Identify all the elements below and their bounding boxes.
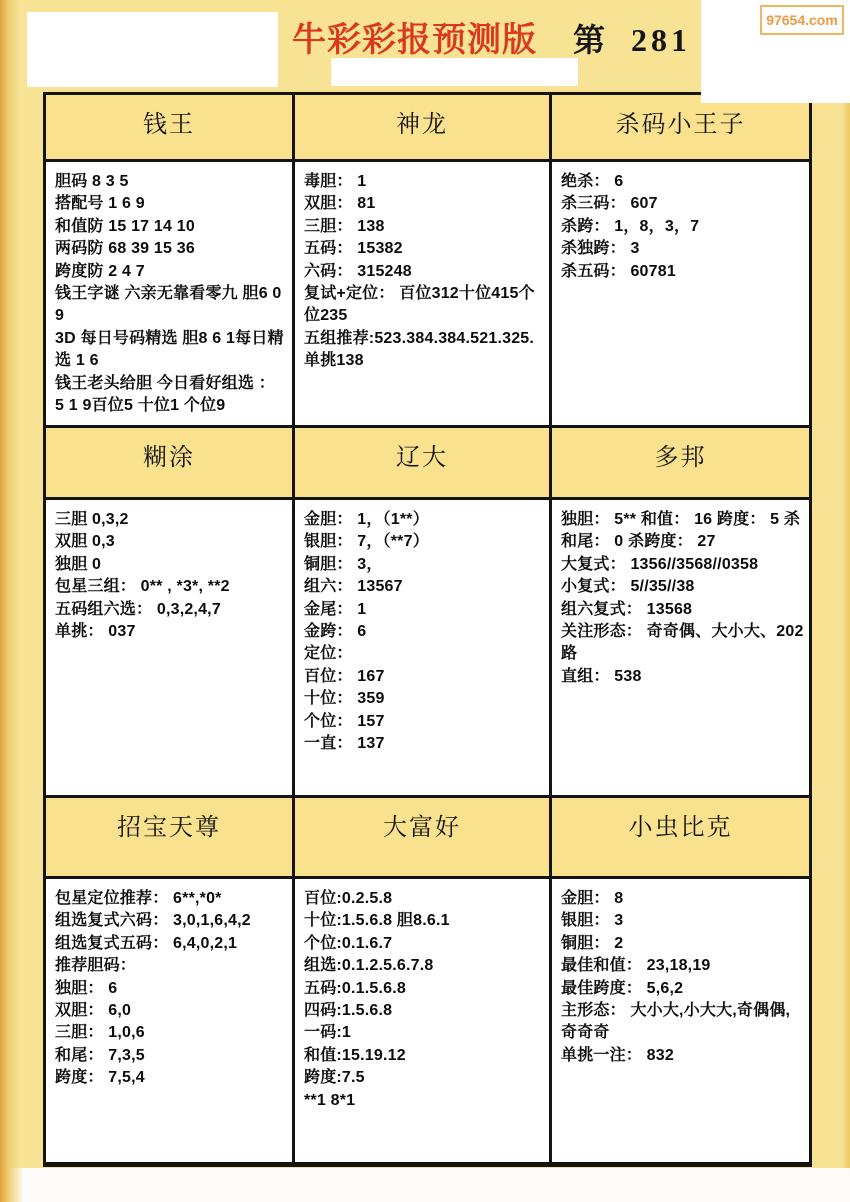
- prediction-line: 双胆： 6,0: [55, 1000, 288, 1022]
- predictor-cell-dafuhao: 大富好 百位:0.2.5.8十位:1.5.6.8 胆8.6.1个位:0.1.6.…: [295, 798, 552, 1162]
- prediction-line: 主形态： 大小大,小大大,奇偶偶,奇奇奇: [561, 1000, 805, 1045]
- cell-body: 包星定位推荐： 6**,*0*组选复式六码： 3,0,1,6,4,2组选复式五码…: [46, 879, 292, 1090]
- predictor-cell-shenlong: 神龙 毒胆： 1双胆： 81三胆： 138五码： 15382六码： 315248…: [295, 95, 552, 428]
- prediction-line: 三胆： 138: [304, 216, 545, 238]
- prediction-line: 铜胆： 3，: [304, 554, 545, 576]
- cell-body: 独胆： 5** 和值： 16 跨度： 5 杀和尾： 0 杀跨度： 27大复式： …: [552, 500, 809, 688]
- prediction-line: 个位:0.1.6.7: [304, 933, 545, 955]
- prediction-line: 绝杀： 6: [561, 171, 805, 193]
- prediction-line: 杀独跨： 3: [561, 238, 805, 260]
- prediction-line: 个位： 157: [304, 711, 545, 733]
- predictor-cell-duobang: 多邦 独胆： 5** 和值： 16 跨度： 5 杀和尾： 0 杀跨度： 27大复…: [552, 428, 809, 798]
- cell-header: 多邦: [552, 428, 809, 500]
- prediction-line: 钱王字谜 六亲无靠看零九 胆6 0 9: [55, 283, 288, 328]
- prediction-line: 跨度防 2 4 7: [55, 261, 288, 283]
- prediction-line: 一码:1: [304, 1022, 545, 1044]
- prediction-line: 组六： 13567: [304, 576, 545, 598]
- prediction-line: 双胆 0,3: [55, 531, 288, 553]
- predictor-cell-liaoda: 辽大 金胆： 1，（1**）银胆： 7，（**7）铜胆： 3，组六： 13567…: [295, 428, 552, 798]
- prediction-line: 杀跨： 1，8，3，7: [561, 216, 805, 238]
- prediction-line: 百位:0.2.5.8: [304, 888, 545, 910]
- cell-header: 小虫比克: [552, 798, 809, 879]
- predictor-cell-xiaochong-bike: 小虫比克 金胆： 8银胆： 3铜胆： 2最佳和值： 23,18,19最佳跨度： …: [552, 798, 809, 1162]
- prediction-line: 包星三组： 0** , *3*, **2: [55, 576, 288, 598]
- prediction-line: 四码:1.5.6.8: [304, 1000, 545, 1022]
- prediction-line: 五码： 15382: [304, 238, 545, 260]
- prediction-line: 最佳和值： 23,18,19: [561, 955, 805, 977]
- prediction-line: 和尾： 7,3,5: [55, 1045, 288, 1067]
- prediction-table: 钱王 胆码 8 3 5搭配号 1 6 9和值防 15 17 14 10两码防 6…: [43, 92, 812, 1167]
- cell-header: 糊涂: [46, 428, 292, 500]
- prediction-line: 最佳跨度： 5,6,2: [561, 978, 805, 1000]
- prediction-line: 百位： 167: [304, 666, 545, 688]
- prediction-line: 定位：: [304, 643, 545, 665]
- prediction-line: 小复式： 5//35//38: [561, 576, 805, 598]
- left-edge-gradient: [0, 0, 22, 1202]
- prediction-line: 三胆 0,3,2: [55, 509, 288, 531]
- cell-header: 辽大: [295, 428, 549, 500]
- prediction-line: 包星定位推荐： 6**,*0*: [55, 888, 288, 910]
- prediction-line: 五码组六选： 0,3,2,4,7: [55, 599, 288, 621]
- cell-body: 胆码 8 3 5搭配号 1 6 9和值防 15 17 14 10两码防 68 3…: [46, 162, 292, 417]
- prediction-line: 五码:0.1.5.6.8: [304, 978, 545, 1000]
- prediction-line: 大复式： 1356//3568//0358: [561, 554, 805, 576]
- prediction-line: 银胆： 7，（**7）: [304, 531, 545, 553]
- prediction-line: 独胆 0: [55, 554, 288, 576]
- cell-header: 钱王: [46, 95, 292, 162]
- cell-header: 招宝天尊: [46, 798, 292, 879]
- cell-body: 毒胆： 1双胆： 81三胆： 138五码： 15382六码： 315248复试+…: [295, 162, 549, 373]
- prediction-line: 和值:15.19.12: [304, 1045, 545, 1067]
- prediction-line: 搭配号 1 6 9: [55, 193, 288, 215]
- prediction-line: 推荐胆码：: [55, 955, 288, 977]
- predictor-cell-zhaobao-tianzun: 招宝天尊 包星定位推荐： 6**,*0*组选复式六码： 3,0,1,6,4,2组…: [46, 798, 295, 1162]
- prediction-line: 跨度:7.5: [304, 1067, 545, 1089]
- prediction-line: 钱王老头给胆 今日看好组选 ： 5 1 9百位5 十位1 个位9: [55, 373, 288, 418]
- prediction-line: 直组： 538: [561, 666, 805, 688]
- prediction-line: 组选复式六码： 3,0,1,6,4,2: [55, 910, 288, 932]
- prediction-line: 金胆： 1，（1**）: [304, 509, 545, 531]
- prediction-line: 双胆： 81: [304, 193, 545, 215]
- prediction-line: 银胆： 3: [561, 910, 805, 932]
- prediction-line: 十位:1.5.6.8 胆8.6.1: [304, 910, 545, 932]
- prediction-line: 复试+定位： 百位312十位415个位235: [304, 283, 545, 328]
- prediction-line: 组六复式： 13568: [561, 599, 805, 621]
- prediction-line: 十位： 359: [304, 688, 545, 710]
- cell-body: 绝杀： 6杀三码： 607杀跨： 1，8，3，7杀独跨： 3杀五码： 60781: [552, 162, 809, 283]
- prediction-line: 单挑： 037: [55, 621, 288, 643]
- cell-body: 三胆 0,3,2双胆 0,3独胆 0包星三组： 0** , *3*, **2五码…: [46, 500, 292, 643]
- site-watermark: 97654.com: [760, 5, 844, 35]
- prediction-line: 独胆： 6: [55, 978, 288, 1000]
- page-title-main: 牛彩彩报预测版: [292, 22, 537, 59]
- prediction-line: 杀五码： 60781: [561, 261, 805, 283]
- prediction-line: 独胆： 5** 和值： 16 跨度： 5 杀和尾： 0 杀跨度： 27: [561, 509, 805, 554]
- prediction-line: 金尾： 1: [304, 599, 545, 621]
- cell-body: 百位:0.2.5.8十位:1.5.6.8 胆8.6.1个位:0.1.6.7组选:…: [295, 879, 549, 1112]
- prediction-line: **1 8*1: [304, 1090, 545, 1112]
- prediction-line: 3D 每日号码精选 胆8 6 1每日精选 1 6: [55, 328, 288, 373]
- prediction-line: 胆码 8 3 5: [55, 171, 288, 193]
- prediction-line: 铜胆： 2: [561, 933, 805, 955]
- prediction-line: 跨度： 7,5,4: [55, 1067, 288, 1089]
- prediction-line: 五组推荐:523.384.384.521.325.: [304, 328, 545, 350]
- prediction-line: 杀三码： 607: [561, 193, 805, 215]
- prediction-line: 金胆： 8: [561, 888, 805, 910]
- prediction-line: 六码： 315248: [304, 261, 545, 283]
- predictor-cell-shama-xiaowangzi: 杀码小王子 绝杀： 6杀三码： 607杀跨： 1，8，3，7杀独跨： 3杀五码：…: [552, 95, 809, 428]
- predictor-cell-hutu: 糊涂 三胆 0,3,2双胆 0,3独胆 0包星三组： 0** , *3*, **…: [46, 428, 295, 798]
- right-edge-gradient: [842, 0, 850, 1168]
- cell-header: 杀码小王子: [552, 95, 809, 162]
- prediction-line: 三胆： 1,0,6: [55, 1022, 288, 1044]
- prediction-line: 毒胆： 1: [304, 171, 545, 193]
- prediction-line: 单挑一注： 832: [561, 1045, 805, 1067]
- prediction-line: 单挑138: [304, 350, 545, 372]
- blank-redaction-top-left: [27, 12, 278, 87]
- cell-body: 金胆： 1，（1**）银胆： 7，（**7）铜胆： 3，组六： 13567金尾：…: [295, 500, 549, 755]
- cell-header: 大富好: [295, 798, 549, 879]
- blank-redaction-center: [331, 58, 578, 86]
- prediction-line: 金跨： 6: [304, 621, 545, 643]
- bottom-margin: [0, 1168, 850, 1202]
- predictor-cell-qianwang: 钱王 胆码 8 3 5搭配号 1 6 9和值防 15 17 14 10两码防 6…: [46, 95, 295, 428]
- prediction-line: 关注形态： 奇奇偶、大小大、202路: [561, 621, 805, 666]
- prediction-line: 组选:0.1.2.5.6.7.8: [304, 955, 545, 977]
- prediction-line: 和值防 15 17 14 10: [55, 216, 288, 238]
- page-title: 牛彩彩报预测版第 281 期: [292, 12, 749, 61]
- prediction-line: 一直： 137: [304, 733, 545, 755]
- cell-header: 神龙: [295, 95, 549, 162]
- prediction-line: 组选复式五码： 6,4,0,2,1: [55, 933, 288, 955]
- prediction-line: 两码防 68 39 15 36: [55, 238, 288, 260]
- cell-body: 金胆： 8银胆： 3铜胆： 2最佳和值： 23,18,19最佳跨度： 5,6,2…: [552, 879, 809, 1067]
